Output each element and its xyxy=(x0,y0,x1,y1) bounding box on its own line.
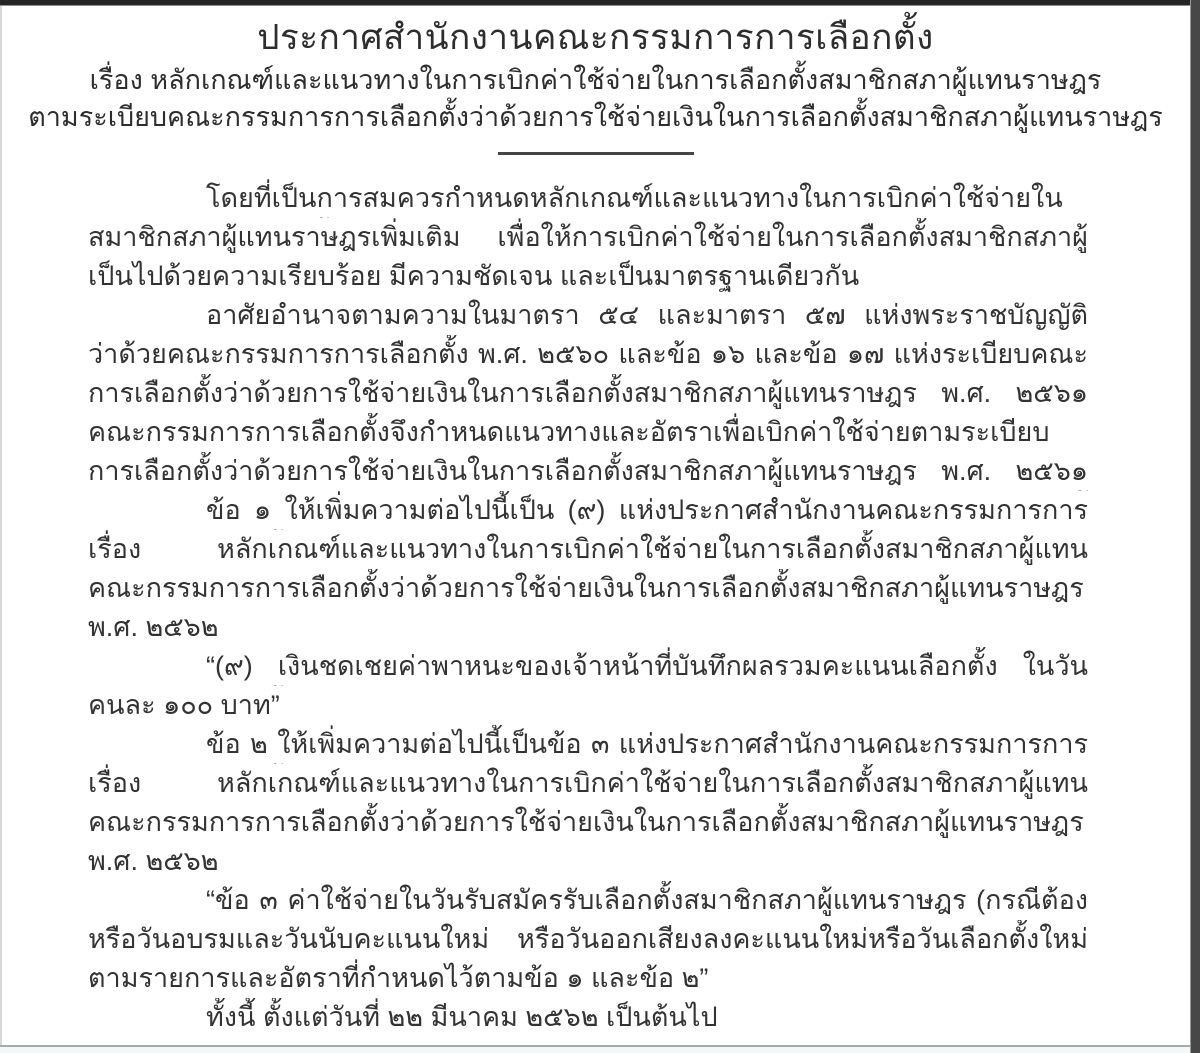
body-line: คณะกรรมการการเลือกตั้งว่าด้วยการใช้จ่ายเ… xyxy=(88,803,1088,842)
document-title: ประกาศสำนักงานคณะกรรมการการเลือกตั้ง xyxy=(0,14,1191,62)
body-line: สมาชิกสภาผู้แทนราษฎรเพิ่มเติม เพื่อให้กา… xyxy=(88,218,1088,257)
body-line: โดยที่เป็นการสมควรกำหนดหลักเกณฑ์และแนวทา… xyxy=(88,179,1088,218)
header-divider xyxy=(498,152,694,155)
body-line: เรื่อง หลักเกณฑ์และแนวทางในการเบิกค่าใช้… xyxy=(88,530,1088,569)
body-line: การเลือกตั้งว่าด้วยการใช้จ่ายเงินในการเล… xyxy=(88,452,1088,491)
body-line: พ.ศ. ๒๕๖๒ xyxy=(88,608,1088,647)
body-line: ทั้งนี้ ตั้งแต่วันที่ ๒๒ มีนาคม ๒๕๖๒ เป็… xyxy=(88,998,1088,1037)
body-line: พ.ศ. ๒๕๖๒ xyxy=(88,842,1088,881)
page-bottom-edge xyxy=(0,1045,1191,1053)
body-line: “(๙) เงินชดเชยค่าพาหนะของเจ้าหน้าที่บันท… xyxy=(88,647,1088,686)
body-line: อาศัยอำนาจตามความในมาตรา ๕๔ และมาตรา ๕๗ … xyxy=(88,296,1088,335)
document-page: ประกาศสำนักงานคณะกรรมการการเลือกตั้ง เรื… xyxy=(0,0,1200,1053)
body-line: คณะกรรมการการเลือกตั้งจึงกำหนดแนวทางและอ… xyxy=(88,413,1088,452)
viewer-right-edge xyxy=(1190,0,1200,1053)
body-line: “ข้อ ๓ ค่าใช้จ่ายในวันรับสมัครรับเลือกตั… xyxy=(88,881,1088,920)
body-line: เรื่อง หลักเกณฑ์และแนวทางในการเบิกค่าใช้… xyxy=(88,764,1088,803)
viewer-top-edge xyxy=(0,0,1200,6)
announcement-document: ประกาศสำนักงานคณะกรรมการการเลือกตั้ง เรื… xyxy=(0,6,1191,1037)
body-line: ตามรายการและอัตราที่กำหนดไว้ตามข้อ ๑ และ… xyxy=(88,959,1088,998)
body-line: ว่าด้วยคณะกรรมการการเลือกตั้ง พ.ศ. ๒๕๖๐ … xyxy=(88,335,1088,374)
document-header: ประกาศสำนักงานคณะกรรมการการเลือกตั้ง เรื… xyxy=(0,14,1191,155)
body-line: ข้อ ๒ ให้เพิ่มความต่อไปนี้เป็นข้อ ๓ แห่ง… xyxy=(88,725,1088,764)
page-left-edge xyxy=(0,0,2,1053)
subject-line-1: เรื่อง หลักเกณฑ์และแนวทางในการเบิกค่าใช้… xyxy=(0,62,1191,99)
body-line: ข้อ ๑ ให้เพิ่มความต่อไปนี้เป็น (๙) แห่งป… xyxy=(88,491,1088,530)
body-line: คนละ ๑๐๐ บาท” xyxy=(88,686,1088,725)
body-line: หรือวันอบรมและวันนับคะแนนใหม่ หรือวันออก… xyxy=(88,920,1088,959)
body-line: เป็นไปด้วยความเรียบร้อย มีความชัดเจน และ… xyxy=(88,257,1088,296)
body-line: การเลือกตั้งว่าด้วยการใช้จ่ายเงินในการเล… xyxy=(88,374,1088,413)
subject-line-2: ตามระเบียบคณะกรรมการการเลือกตั้งว่าด้วยก… xyxy=(0,99,1191,136)
document-body: โดยที่เป็นการสมควรกำหนดหลักเกณฑ์และแนวทา… xyxy=(88,179,1088,1037)
body-line: คณะกรรมการการเลือกตั้งว่าด้วยการใช้จ่ายเ… xyxy=(88,569,1088,608)
